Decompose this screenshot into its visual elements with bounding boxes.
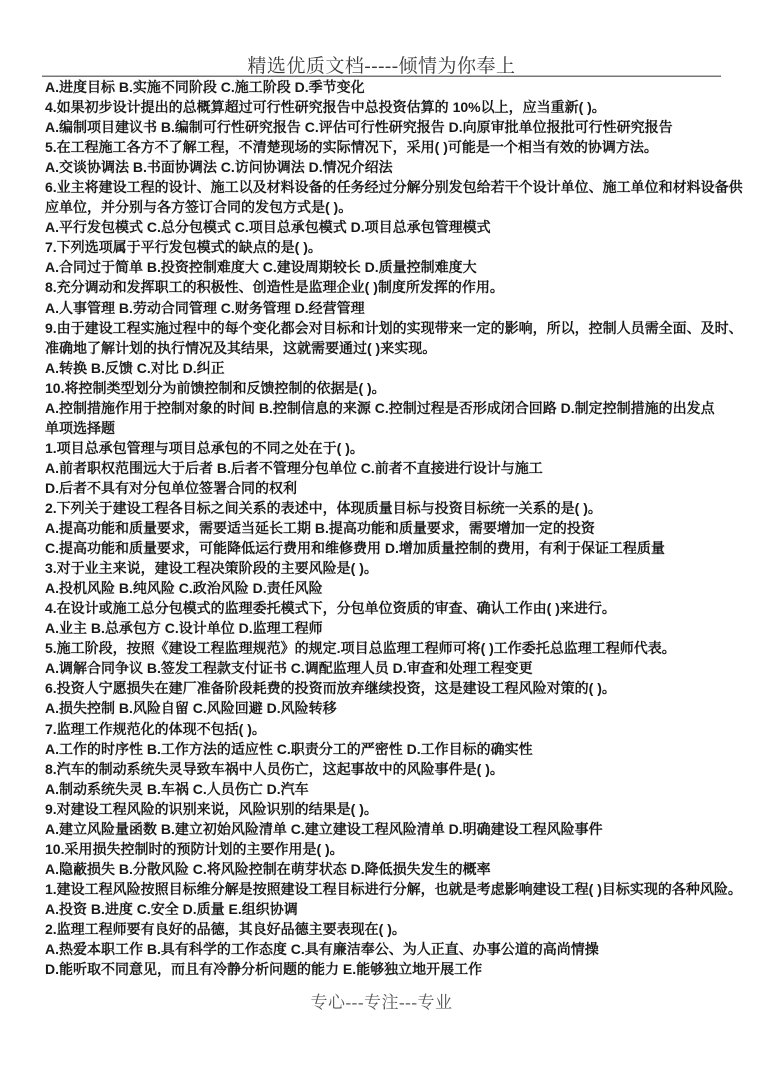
document-line: 10.将控制类型划分为前馈控制和反馈控制的依据是( )。 [45,378,745,398]
header-title: 精选优质文档-----倾情为你奉上 [42,51,721,78]
document-line: 6.投资人宁愿损失在建厂准备阶段耗费的投资而放弃继续投资，这是建设工程风险对策的… [45,678,745,698]
document-line: 2.下列关于建设工程各目标之间关系的表述中，体现质量目标与投资目标统一关系的是(… [45,498,745,518]
document-line: 4.如果初步设计提出的总概算超过可行性研究报告中总投资估算的 10%以上，应当重… [45,97,745,117]
document-line: 8.汽车的制动系统失灵导致车祸中人员伤亡，这起事故中的风险事件是( )。 [45,759,745,779]
document-line: A.调解合同争议 B.签发工程款支付证书 C.调配监理人员 D.审查和处理工程变… [45,658,745,678]
document-line: A.投机风险 B.纯风险 C.政治风险 D.责任风险 [45,578,745,598]
document-line: D.能听取不同意见，而且有冷静分析问题的能力 E.能够独立地开展工作 [45,959,745,979]
document-line: A.控制措施作用于控制对象的时间 B.控制信息的来源 C.控制过程是否形成闭合回… [45,398,745,418]
document-line: A.业主 B.总承包方 C.设计单位 D.监理工程师 [45,618,745,638]
document-line: A.编制项目建议书 B.编制可行性研究报告 C.评估可行性研究报告 D.向原审批… [45,117,745,137]
document-line: A.投资 B.进度 C.安全 D.质量 E.组织协调 [45,899,745,919]
document-line: 8.充分调动和发挥职工的积极性、创造性是监理企业( )制度所发挥的作用。 [45,277,745,297]
document-line: 5.施工阶段，按照《建设工程监理规范》的规定.项目总监理工程师可将( )工作委托… [45,638,745,658]
document-line: 准确地了解计划的执行情况及其结果，这就需要通过( )来实现。 [45,338,745,358]
document-line: 6.业主将建设工程的设计、施工以及材料设备的任务经过分解分别发包给若干个设计单位… [45,177,745,197]
document-line: A.损失控制 B.风险自留 C.风险回避 D.风险转移 [45,698,745,718]
document-line: C.提高功能和质量要求，可能降低运行费用和维修费用 D.增加质量控制的费用，有利… [45,538,745,558]
document-line: 9.对建设工程风险的识别来说，风险识别的结果是( )。 [45,799,745,819]
document-line: 7.下列选项属于平行发包模式的缺点的是( )。 [45,237,745,257]
document-line: 应单位，并分别与各方签订合同的发包方式是( )。 [45,197,745,217]
document-line: A.合同过于简单 B.投资控制难度大 C.建设周期较长 D.质量控制难度大 [45,257,745,277]
document-line: A.平行发包模式 C.总分包模式 C.项目总承包模式 D.项目总承包管理模式 [45,217,745,237]
document-line: A.人事管理 B.劳动合同管理 C.财务管理 D.经营管理 [45,298,745,318]
document-line: 1.项目总承包管理与项目总承包的不同之处在于( )。 [45,438,745,458]
document-line: A.制动系统失灵 B.车祸 C.人员伤亡 D.汽车 [45,779,745,799]
document-line: A.热爱本职工作 B.具有科学的工作态度 C.具有廉洁奉公、为人正直、办事公道的… [45,939,745,959]
document-line: A.进度目标 B.实施不同阶段 C.施工阶段 D.季节变化 [45,77,745,97]
document-page: 精选优质文档-----倾情为你奉上 A.进度目标 B.实施不同阶段 C.施工阶段… [0,0,763,1080]
document-line: A.提高功能和质量要求，需要适当延长工期 B.提高功能和质量要求，需要增加一定的… [45,518,745,538]
document-line: 2.监理工程师要有良好的品德，其良好品德主要表现在( )。 [45,919,745,939]
document-line: 9.由于建设工程实施过程中的每个变化都会对目标和计划的实现带来一定的影响，所以，… [45,318,745,338]
document-line: 5.在工程施工各方不了解工程，不清楚现场的实际情况下，采用( )可能是一个相当有… [45,137,745,157]
document-line: A.工作的时序性 B.工作方法的适应性 C.职责分工的严密性 D.工作目标的确实… [45,739,745,759]
document-line: A.交谈协调法 B.书面协调法 C.访问协调法 D.情况介绍法 [45,157,745,177]
document-line: 单项选择题 [45,418,745,438]
page-footer: 专心---专注---专业 [0,988,763,1013]
document-line: A.隐蔽损失 B.分散风险 C.将风险控制在萌芽状态 D.降低损失发生的概率 [45,859,745,879]
document-line: 7.监理工作规范化的体现不包括( )。 [45,719,745,739]
document-line: 10.采用损失控制时的预防计划的主要作用是( )。 [45,839,745,859]
document-body: A.进度目标 B.实施不同阶段 C.施工阶段 D.季节变化4.如果初步设计提出的… [45,77,745,979]
document-line: 3.对于业主来说，建设工程决策阶段的主要风险是( )。 [45,558,745,578]
document-line: A.建立风险量函数 B.建立初始风险清单 C.建立建设工程风险清单 D.明确建设… [45,819,745,839]
document-line: 1.建设工程风险按照目标维分解是按照建设工程目标进行分解，也就是考虑影响建设工程… [45,879,745,899]
document-line: A.转换 B.反馈 C.对比 D.纠正 [45,358,745,378]
document-line: A.前者职权范围远大于后者 B.后者不管理分包单位 C.前者不直接进行设计与施工 [45,458,745,478]
footer-slogan: 专心---专注---专业 [311,993,453,1012]
document-line: D.后者不具有对分包单位签署合同的权利 [45,478,745,498]
document-line: 4.在设计或施工总分包模式的监理委托模式下，分包单位资质的审查、确认工作由( )… [45,598,745,618]
